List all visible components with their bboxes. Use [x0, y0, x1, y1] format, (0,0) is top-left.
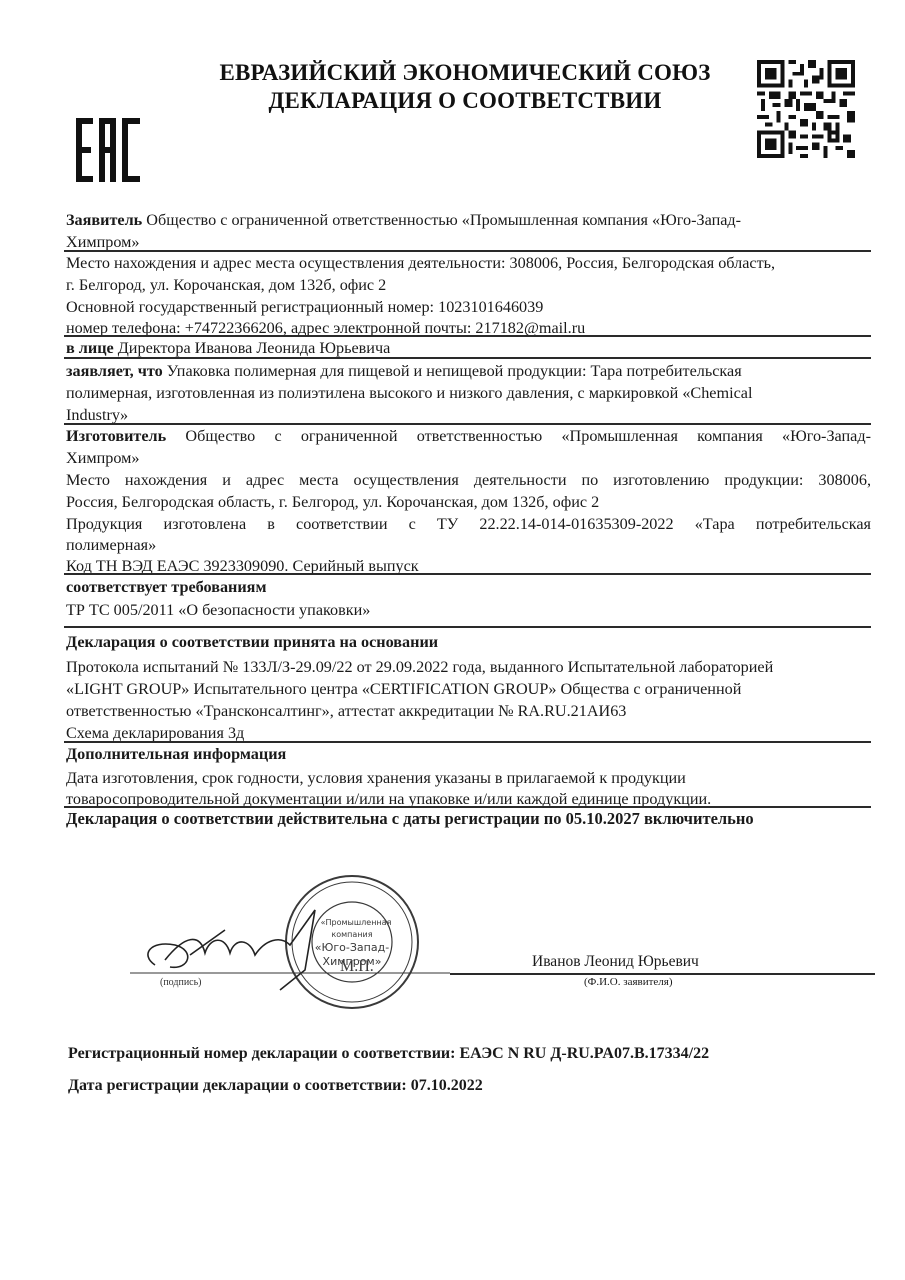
represented-label: в лице [66, 339, 114, 357]
manufacturer-address-2: Россия, Белгородская область, г. Белгоро… [66, 493, 599, 512]
product-spec-2: полимерная» [66, 536, 156, 555]
divider [64, 335, 871, 337]
name-line [450, 973, 875, 975]
represented-by: Директора Иванова Леонида Юрьевича [114, 339, 391, 357]
additional-line-1: Дата изготовления, срок годности, услови… [66, 769, 686, 788]
signatory-name: Иванов Леонид Юрьевич [532, 953, 699, 971]
applicant-ogrn: Основной государственный регистрационный… [66, 298, 543, 317]
union-title: ЕВРАЗИЙСКИЙ ЭКОНОМИЧЕСКИЙ СОЮЗ [165, 60, 765, 86]
applicant-label: Заявитель [66, 211, 142, 229]
basis-label: Декларация о соответствии принята на осн… [66, 633, 438, 652]
represented-line: в лице Директора Иванова Леонида Юрьевич… [66, 339, 390, 358]
registration-date: Дата регистрации декларации о соответств… [68, 1077, 483, 1095]
svg-text:«Юго-Запад-: «Юго-Запад- [315, 941, 389, 954]
requirements-value: ТР ТС 005/2011 «О безопасности упаковки» [66, 601, 370, 620]
basis-line-1: Протокола испытаний № 133Л/З-29.09/22 от… [66, 658, 773, 677]
signatory-caption: (Ф.И.О. заявителя) [584, 976, 673, 988]
applicant-address-2: г. Белгород, ул. Корочанская, дом 132б, … [66, 276, 386, 295]
divider [64, 250, 871, 252]
declares-line: заявляет, что Упаковка полимерная для пи… [66, 362, 742, 381]
divider [64, 357, 871, 359]
signature-caption: (подпись) [160, 977, 202, 988]
applicant-name: Общество с ограниченной ответственностью… [142, 211, 741, 229]
manufacturer-address-1: Место нахождения и адрес места осуществл… [66, 471, 871, 490]
svg-text:компания: компания [331, 930, 372, 939]
manufacturer-label: Изготовитель [66, 427, 166, 445]
stamp-mp: М.П. [340, 958, 374, 975]
applicant-line: Заявитель Общество с ограниченной ответс… [66, 211, 741, 230]
divider [64, 806, 871, 808]
divider [64, 573, 871, 575]
manufacturer-name: Общество с ограниченной ответственностью… [166, 427, 871, 445]
svg-text:«Промышленная: «Промышленная [321, 918, 392, 927]
qr-code-icon[interactable] [757, 60, 855, 158]
requirements-label: соответствует требованиям [66, 578, 266, 597]
basis-line-3: ответственностью «Трансконсалтинг», атте… [66, 702, 626, 721]
signature-stamp-area: «Промышленная компания «Юго-Запад- Химпр… [130, 875, 450, 1010]
product-description-2: полимерная, изготовленная из полиэтилена… [66, 384, 752, 403]
additional-label: Дополнительная информация [66, 745, 286, 764]
manufacturer-name-cont: Химпром» [66, 449, 139, 468]
divider [64, 423, 871, 425]
document-title: ДЕКЛАРАЦИЯ О СООТВЕТСТВИИ [165, 88, 765, 114]
declares-label: заявляет, что [66, 362, 163, 380]
divider [64, 626, 871, 628]
eac-mark-icon [76, 118, 140, 182]
applicant-address-1: Место нахождения и адрес места осуществл… [66, 254, 775, 273]
product-description: Упаковка полимерная для пищевой и непище… [163, 362, 742, 380]
registration-number: Регистрационный номер декларации о соотв… [68, 1045, 709, 1063]
validity-statement: Декларация о соответствии действительна … [66, 809, 754, 829]
manufacturer-line: Изготовитель Общество с ограниченной отв… [66, 427, 871, 446]
basis-line-2: «LIGHT GROUP» Испытательного центра «CER… [66, 680, 741, 699]
divider [64, 741, 871, 743]
product-spec-1: Продукция изготовлена в соответствии с Т… [66, 515, 871, 534]
